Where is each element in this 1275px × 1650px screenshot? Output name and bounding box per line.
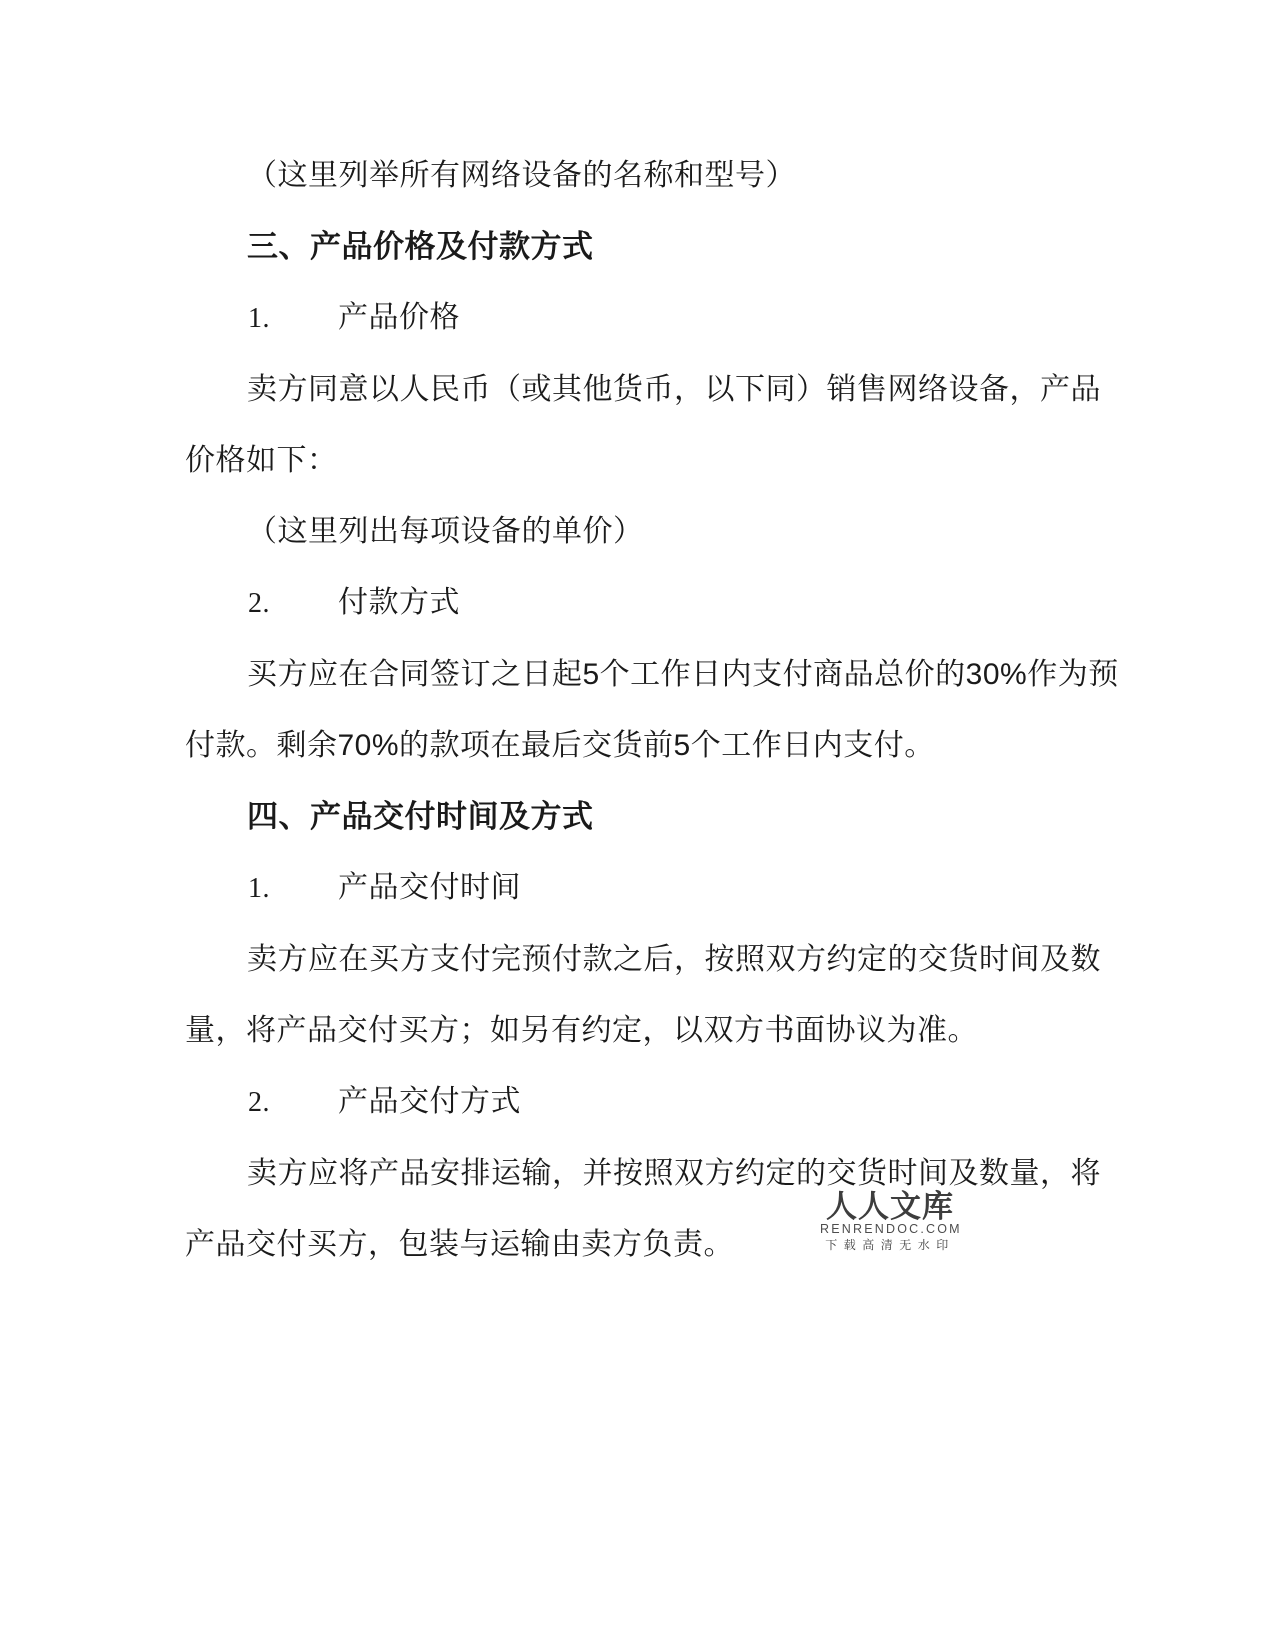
- paragraph-delivery-time-line1: 卖方应在买方支付完预付款之后，按照双方约定的交货时间及数: [185, 924, 1090, 995]
- paragraph-payment-body-line1: 买方应在合同签订之日起5个工作日内支付商品总价的30%作为预: [185, 639, 1090, 710]
- list-number: 1.: [248, 853, 338, 924]
- paragraph-placeholder-unit-price: （这里列出每项设备的单价）: [185, 496, 1090, 567]
- numbered-item-delivery-time: 1.产品交付时间: [185, 852, 1090, 924]
- section-heading-4: 四、产品交付时间及方式: [185, 781, 1090, 852]
- list-label: 付款方式: [338, 586, 460, 619]
- numbered-item-product-price: 1.产品价格: [185, 282, 1090, 354]
- paragraph-price-body-line2: 价格如下：: [185, 425, 1090, 496]
- document-page: （这里列举所有网络设备的名称和型号） 三、产品价格及付款方式 1.产品价格 卖方…: [0, 0, 1275, 1650]
- watermark: 人人文库 RENRENDOC.COM 下载高清无水印: [820, 1191, 960, 1252]
- paragraph-price-body-line1: 卖方同意以人民币（或其他货币，以下同）销售网络设备，产品: [185, 354, 1090, 425]
- numbered-item-payment-method: 2.付款方式: [185, 567, 1090, 639]
- list-label: 产品交付方式: [338, 1085, 521, 1118]
- paragraph-placeholder-device-list: （这里列举所有网络设备的名称和型号）: [185, 140, 1090, 211]
- paragraph-payment-body-line2: 付款。剩余70%的款项在最后交货前5个工作日内支付。: [185, 710, 1090, 781]
- paragraph-delivery-time-line2: 量，将产品交付买方；如另有约定，以双方书面协议为准。: [185, 995, 1090, 1066]
- list-number: 2.: [248, 568, 338, 639]
- section-heading-3: 三、产品价格及付款方式: [185, 211, 1090, 282]
- list-number: 2.: [248, 1067, 338, 1138]
- list-label: 产品交付时间: [338, 871, 521, 904]
- document-content: （这里列举所有网络设备的名称和型号） 三、产品价格及付款方式 1.产品价格 卖方…: [185, 140, 1090, 1280]
- watermark-site-url: RENRENDOC.COM: [820, 1223, 960, 1236]
- numbered-item-delivery-method: 2.产品交付方式: [185, 1066, 1090, 1138]
- watermark-tagline: 下载高清无水印: [820, 1239, 960, 1252]
- watermark-logo: 人人文库: [820, 1191, 960, 1222]
- list-number: 1.: [248, 283, 338, 354]
- list-label: 产品价格: [338, 301, 460, 334]
